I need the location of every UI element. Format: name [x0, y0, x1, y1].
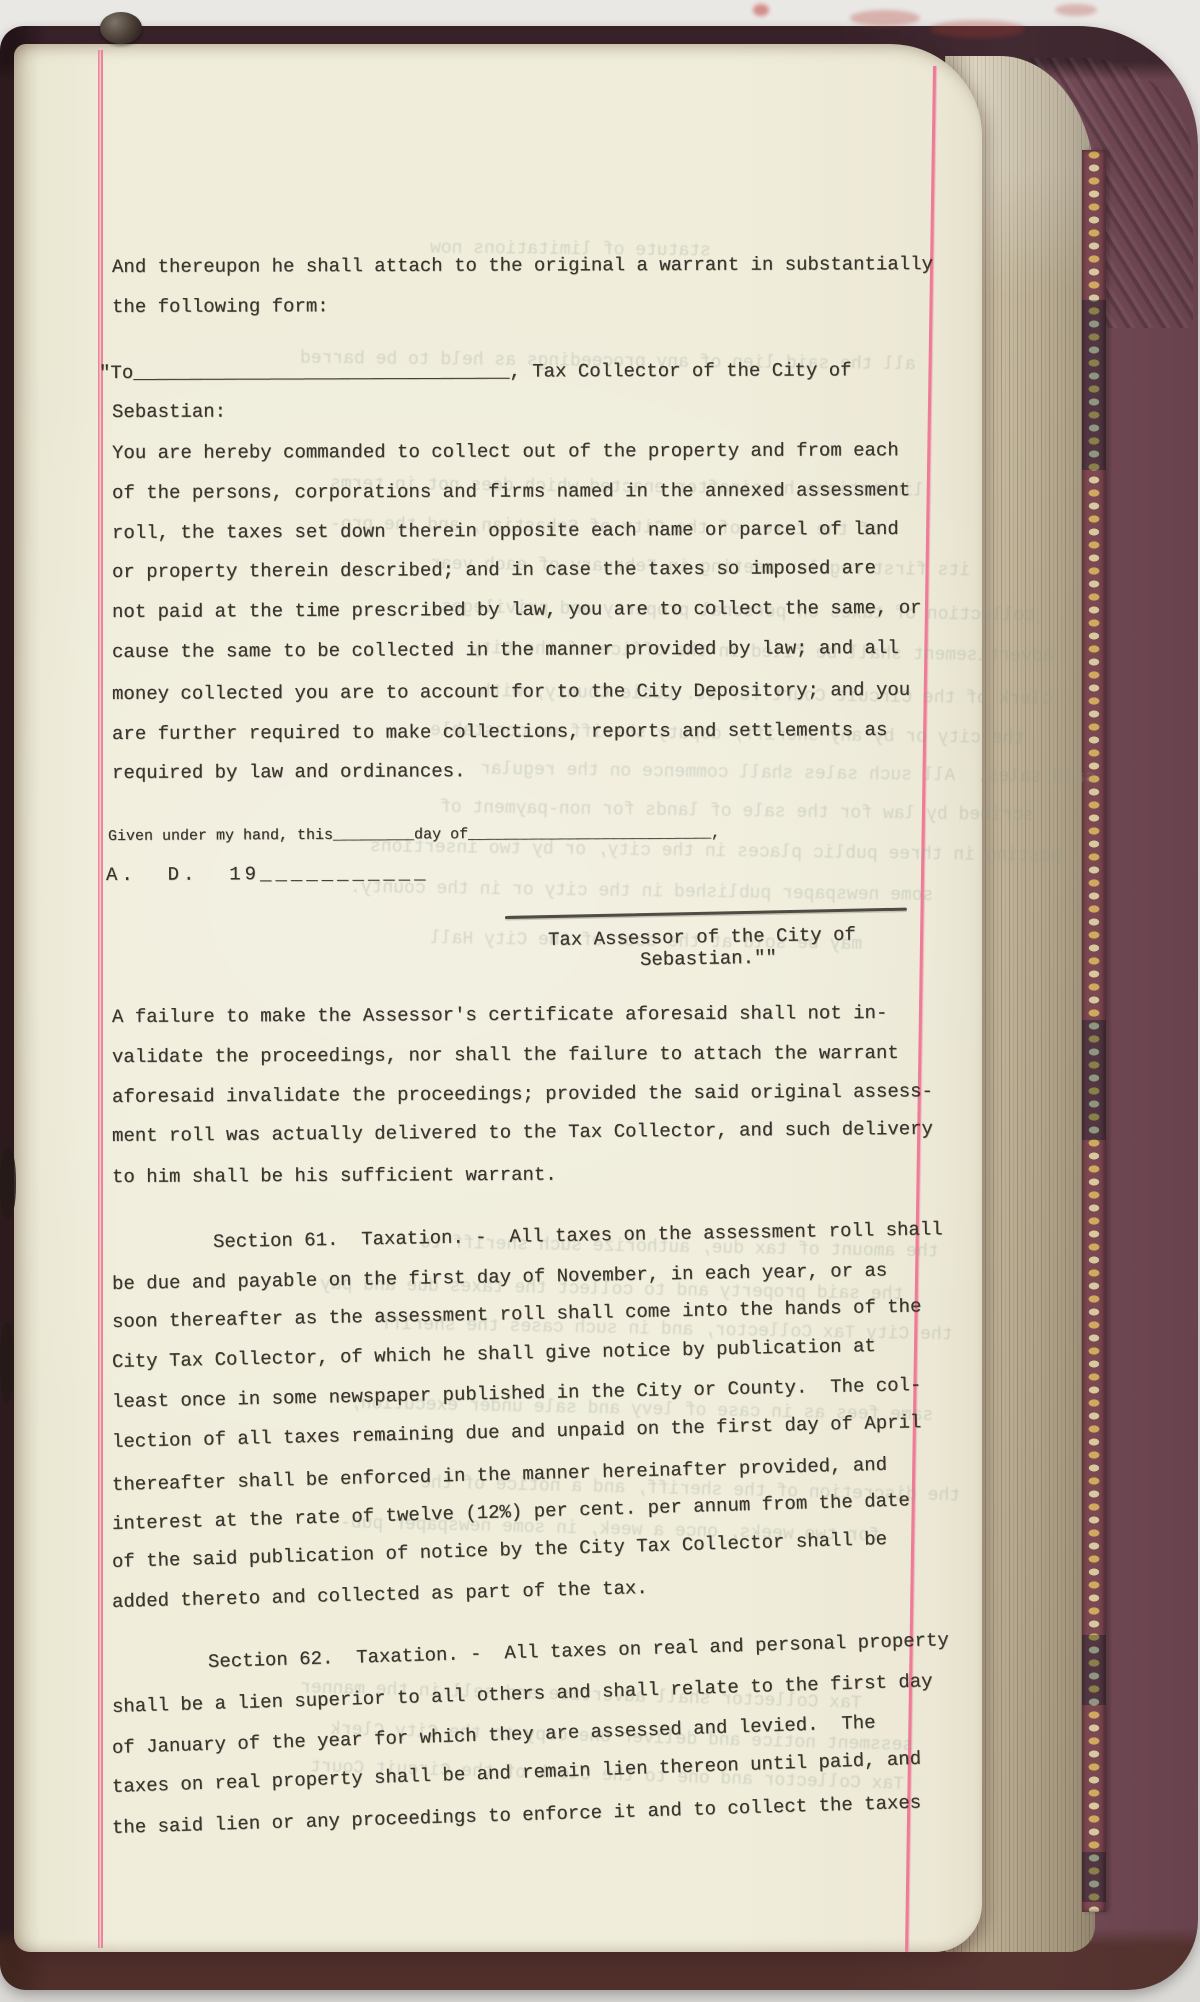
- typed-line: "To_________________________________, Ta…: [99, 357, 852, 386]
- decorated-edge-blue-patch: [1082, 300, 1106, 470]
- red-smudge: [1055, 4, 1097, 16]
- red-paint-fleck: [753, 4, 769, 16]
- typed-line: or property therein described; and in ca…: [112, 555, 876, 585]
- decorated-edge-blue-patch: [1082, 1020, 1106, 1140]
- typed-line: A failure to make the Assessor's certifi…: [112, 1000, 887, 1030]
- typed-line: to him shall be his sufficient warrant.: [112, 1162, 557, 1190]
- red-smudge: [850, 10, 920, 26]
- binding-knob: [100, 12, 142, 44]
- typed-line: validate the proceedings, nor shall the …: [112, 1040, 899, 1070]
- typed-line: required by law and ordinances.: [112, 758, 466, 786]
- typed-line: A. D. 19___________: [106, 860, 430, 888]
- typed-line: not paid at the time prescribed by law, …: [112, 595, 922, 625]
- decorated-edge-blue-patch: [1082, 1852, 1106, 1902]
- signature-line: Sebastian."": [640, 945, 777, 973]
- typed-line: Sebastian:: [112, 399, 226, 425]
- left-margin-rule: [98, 50, 103, 1948]
- typed-line: cause the same to be collected in the ma…: [112, 635, 899, 665]
- typed-line: of the persons, corporations and firms n…: [112, 477, 910, 506]
- typed-line: the following form:: [112, 293, 329, 320]
- decorated-edge-blue-patch: [1082, 1635, 1106, 1705]
- red-smudge: [930, 20, 1025, 38]
- spine-dark-mark: [0, 1148, 16, 1218]
- photo-of-ledger-page: { "colors": { "paper": "#f0eddb", "ink":…: [0, 0, 1200, 2002]
- typed-line: You are hereby commanded to collect out …: [112, 437, 899, 466]
- typed-line: roll, the taxes set down therein opposit…: [112, 516, 899, 546]
- typed-line: Given under my hand, this_________day of…: [108, 821, 720, 850]
- typed-line: are further required to make collections…: [112, 717, 887, 747]
- typed-line: And thereupon he shall attach to the ori…: [112, 251, 933, 280]
- spine-dark-mark: [0, 1322, 14, 1402]
- typed-line: money collected you are to account for t…: [112, 677, 910, 707]
